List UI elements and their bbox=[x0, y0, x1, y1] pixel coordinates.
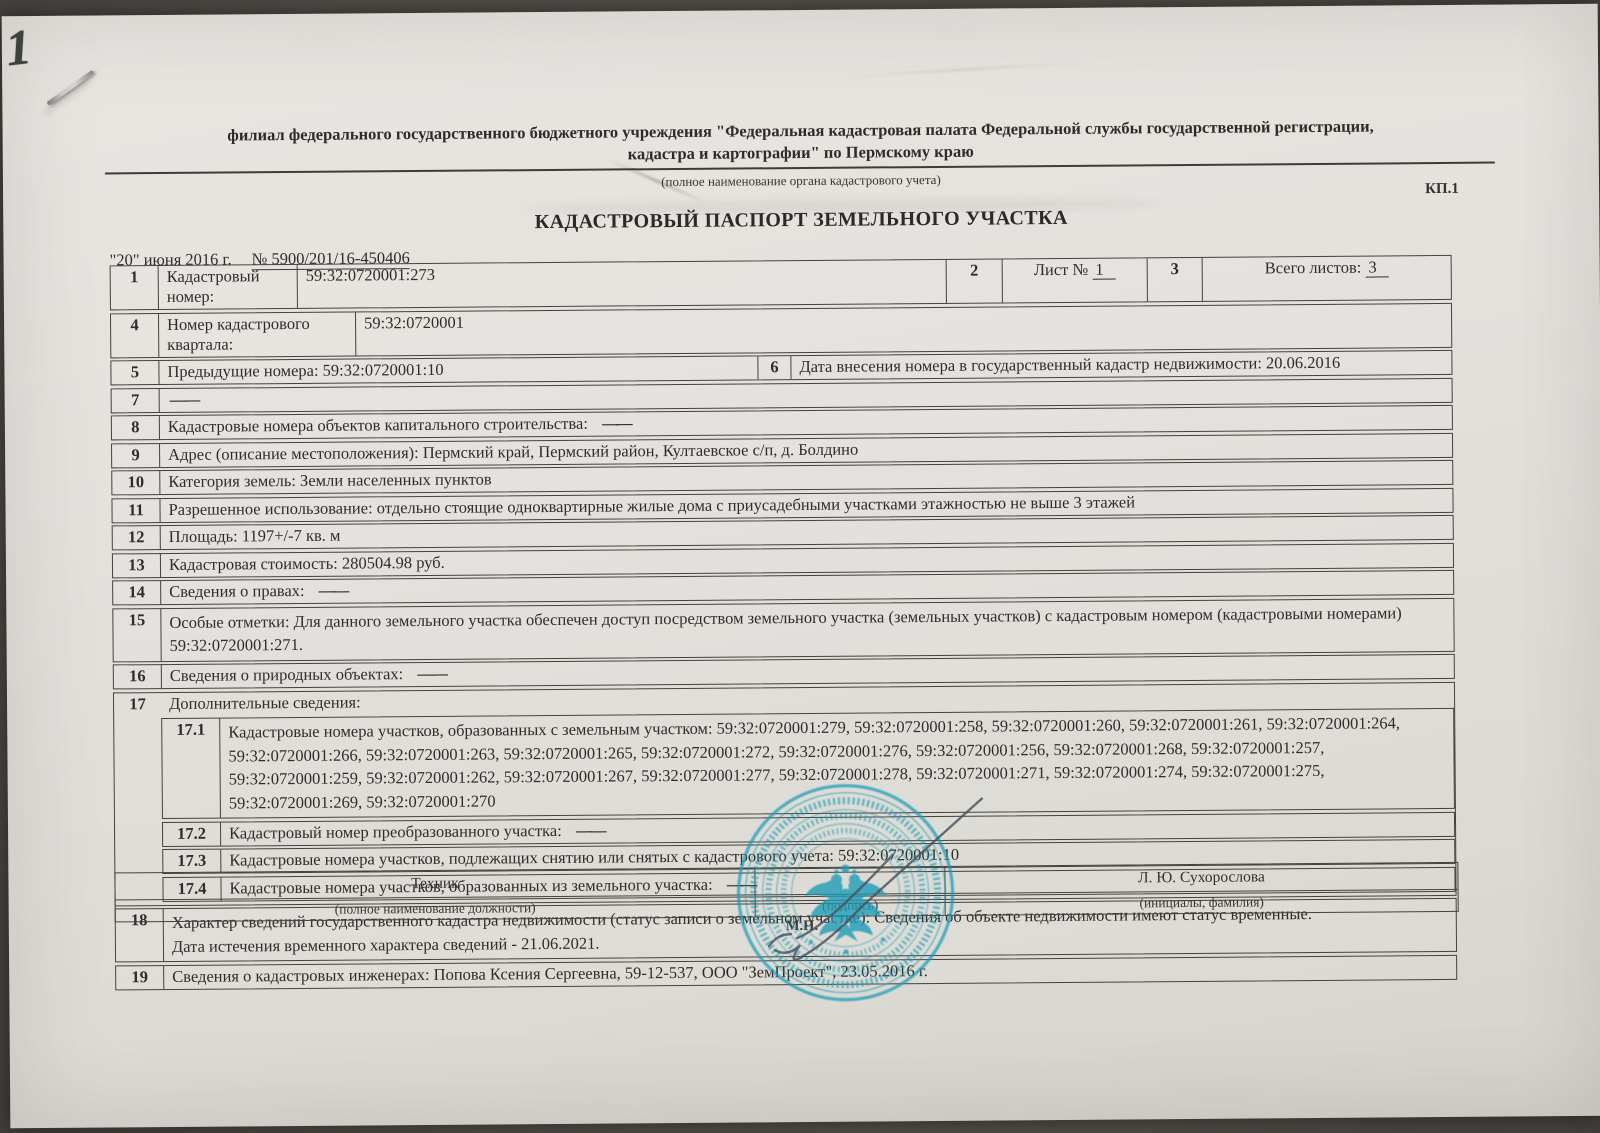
org-name: филиал федерального государственного бюд… bbox=[143, 115, 1459, 169]
form-code: КП.1 bbox=[1425, 181, 1459, 198]
previous-numbers: Предыдущие номера: 59:32:0720001:10 bbox=[159, 356, 757, 384]
table-row-4: 4 Номер кадастрового квартала: 59:32:072… bbox=[110, 302, 1452, 358]
row4-label: Номер кадастрового квартала: bbox=[159, 312, 356, 357]
position-caption: (полное наименование должности) bbox=[116, 895, 756, 921]
document-title: КАДАСТРОВЫЙ ПАСПОРТ ЗЕМЕЛЬНОГО УЧАСТКА bbox=[3, 203, 1599, 239]
table-row-15: 15 Особые отметки: Для данного земельног… bbox=[112, 597, 1454, 662]
name-caption: (инициалы, фамилия) bbox=[946, 890, 1458, 915]
photo-backdrop: 1 филиал федерального государственного б… bbox=[0, 0, 1600, 1133]
cadastral-number-value: 59:32:0720001:273 bbox=[298, 260, 946, 308]
empty-value-dash: —— bbox=[566, 820, 604, 839]
empty-value-dash: —— bbox=[592, 413, 630, 432]
special-notes-value: Особые отметки: Для данного земельного у… bbox=[161, 598, 1453, 660]
handwritten-signature bbox=[744, 777, 996, 979]
empty-value-dash: —— bbox=[309, 581, 347, 600]
quarter-number-value: 59:32:0720001 bbox=[356, 303, 1451, 355]
staple bbox=[46, 70, 94, 105]
total-sheets: Всего листов: 3 bbox=[1203, 256, 1451, 301]
document-page: 1 филиал федерального государственного б… bbox=[2, 4, 1600, 1129]
handwritten-page-number: 1 bbox=[3, 17, 34, 77]
empty-value-dash: —— bbox=[407, 664, 445, 683]
registry-date: Дата внесения номера в государственный к… bbox=[791, 351, 1451, 379]
table-row-1: 1 Кадастровый номер: 59:32:0720001:273 2… bbox=[110, 255, 1452, 311]
sheet-number: Лист № 1 bbox=[1003, 258, 1148, 302]
row1-label: Кадастровый номер: bbox=[159, 265, 298, 309]
paper-crease bbox=[832, 61, 1092, 79]
signer-name: Л. Ю. Сухорослова bbox=[945, 863, 1457, 894]
